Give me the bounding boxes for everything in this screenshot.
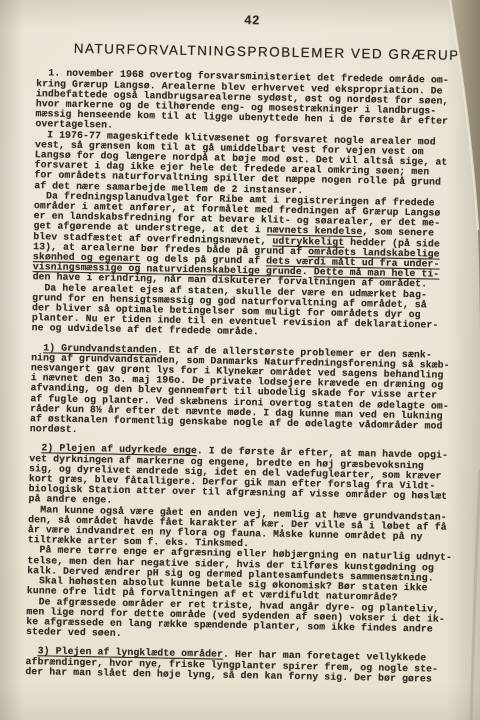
paragraph-3: Da fredningsplanudvalget for Ribe amt i …: [32, 191, 458, 291]
paragraph-11: 3) Plejen af lyngklædte områder. Her har…: [25, 646, 449, 684]
text-segment: I 1976-77 mageskiftede klitvæsenet og fo…: [34, 129, 447, 196]
text-segment: . Et af de allerstørste problemer er den…: [30, 344, 450, 435]
page-number: 42: [43, 10, 461, 30]
paragraph-4: Da hele arealet ejes af staten, skulle d…: [32, 283, 457, 342]
paragraph-6: 2) Plejen af udyrkede enge. I de første …: [28, 444, 453, 513]
book-page-photo: 42 NATURFORVALTNINGSPROBLEMER VED GRÆRUP…: [0, 0, 480, 720]
text-segment: Man kunne også være gået en anden vej, n…: [28, 504, 447, 550]
paragraph-5: 1) Grundvandstanden. Et af de allerstørs…: [30, 343, 456, 443]
paragraph-1: 1. november 1968 overtog forsvarsministe…: [35, 68, 460, 137]
page-content: 42 NATURFORVALTNINGSPROBLEMER VED GRÆRUP…: [25, 6, 461, 685]
text-segment: . I de første år efter, at man havde opg…: [28, 446, 448, 506]
body-text: 1. november 1968 overtog forsvarsministe…: [25, 68, 460, 684]
text-segment: De afgræssede områder er ret triste, hva…: [26, 596, 445, 639]
text-segment: 1. november 1968 overtog forsvarsministe…: [35, 67, 449, 130]
paragraph-10: De afgræssede områder er ret triste, hva…: [26, 597, 451, 646]
text-segment: Da hele arealet ejes af staten, skulle d…: [32, 282, 439, 338]
page-title: NATURFORVALTNINGSPROBLEMER VED GRÆRUP: [37, 41, 461, 64]
paragraph-2: I 1976-77 mageskiftede klitvæsenet og fo…: [34, 130, 459, 199]
